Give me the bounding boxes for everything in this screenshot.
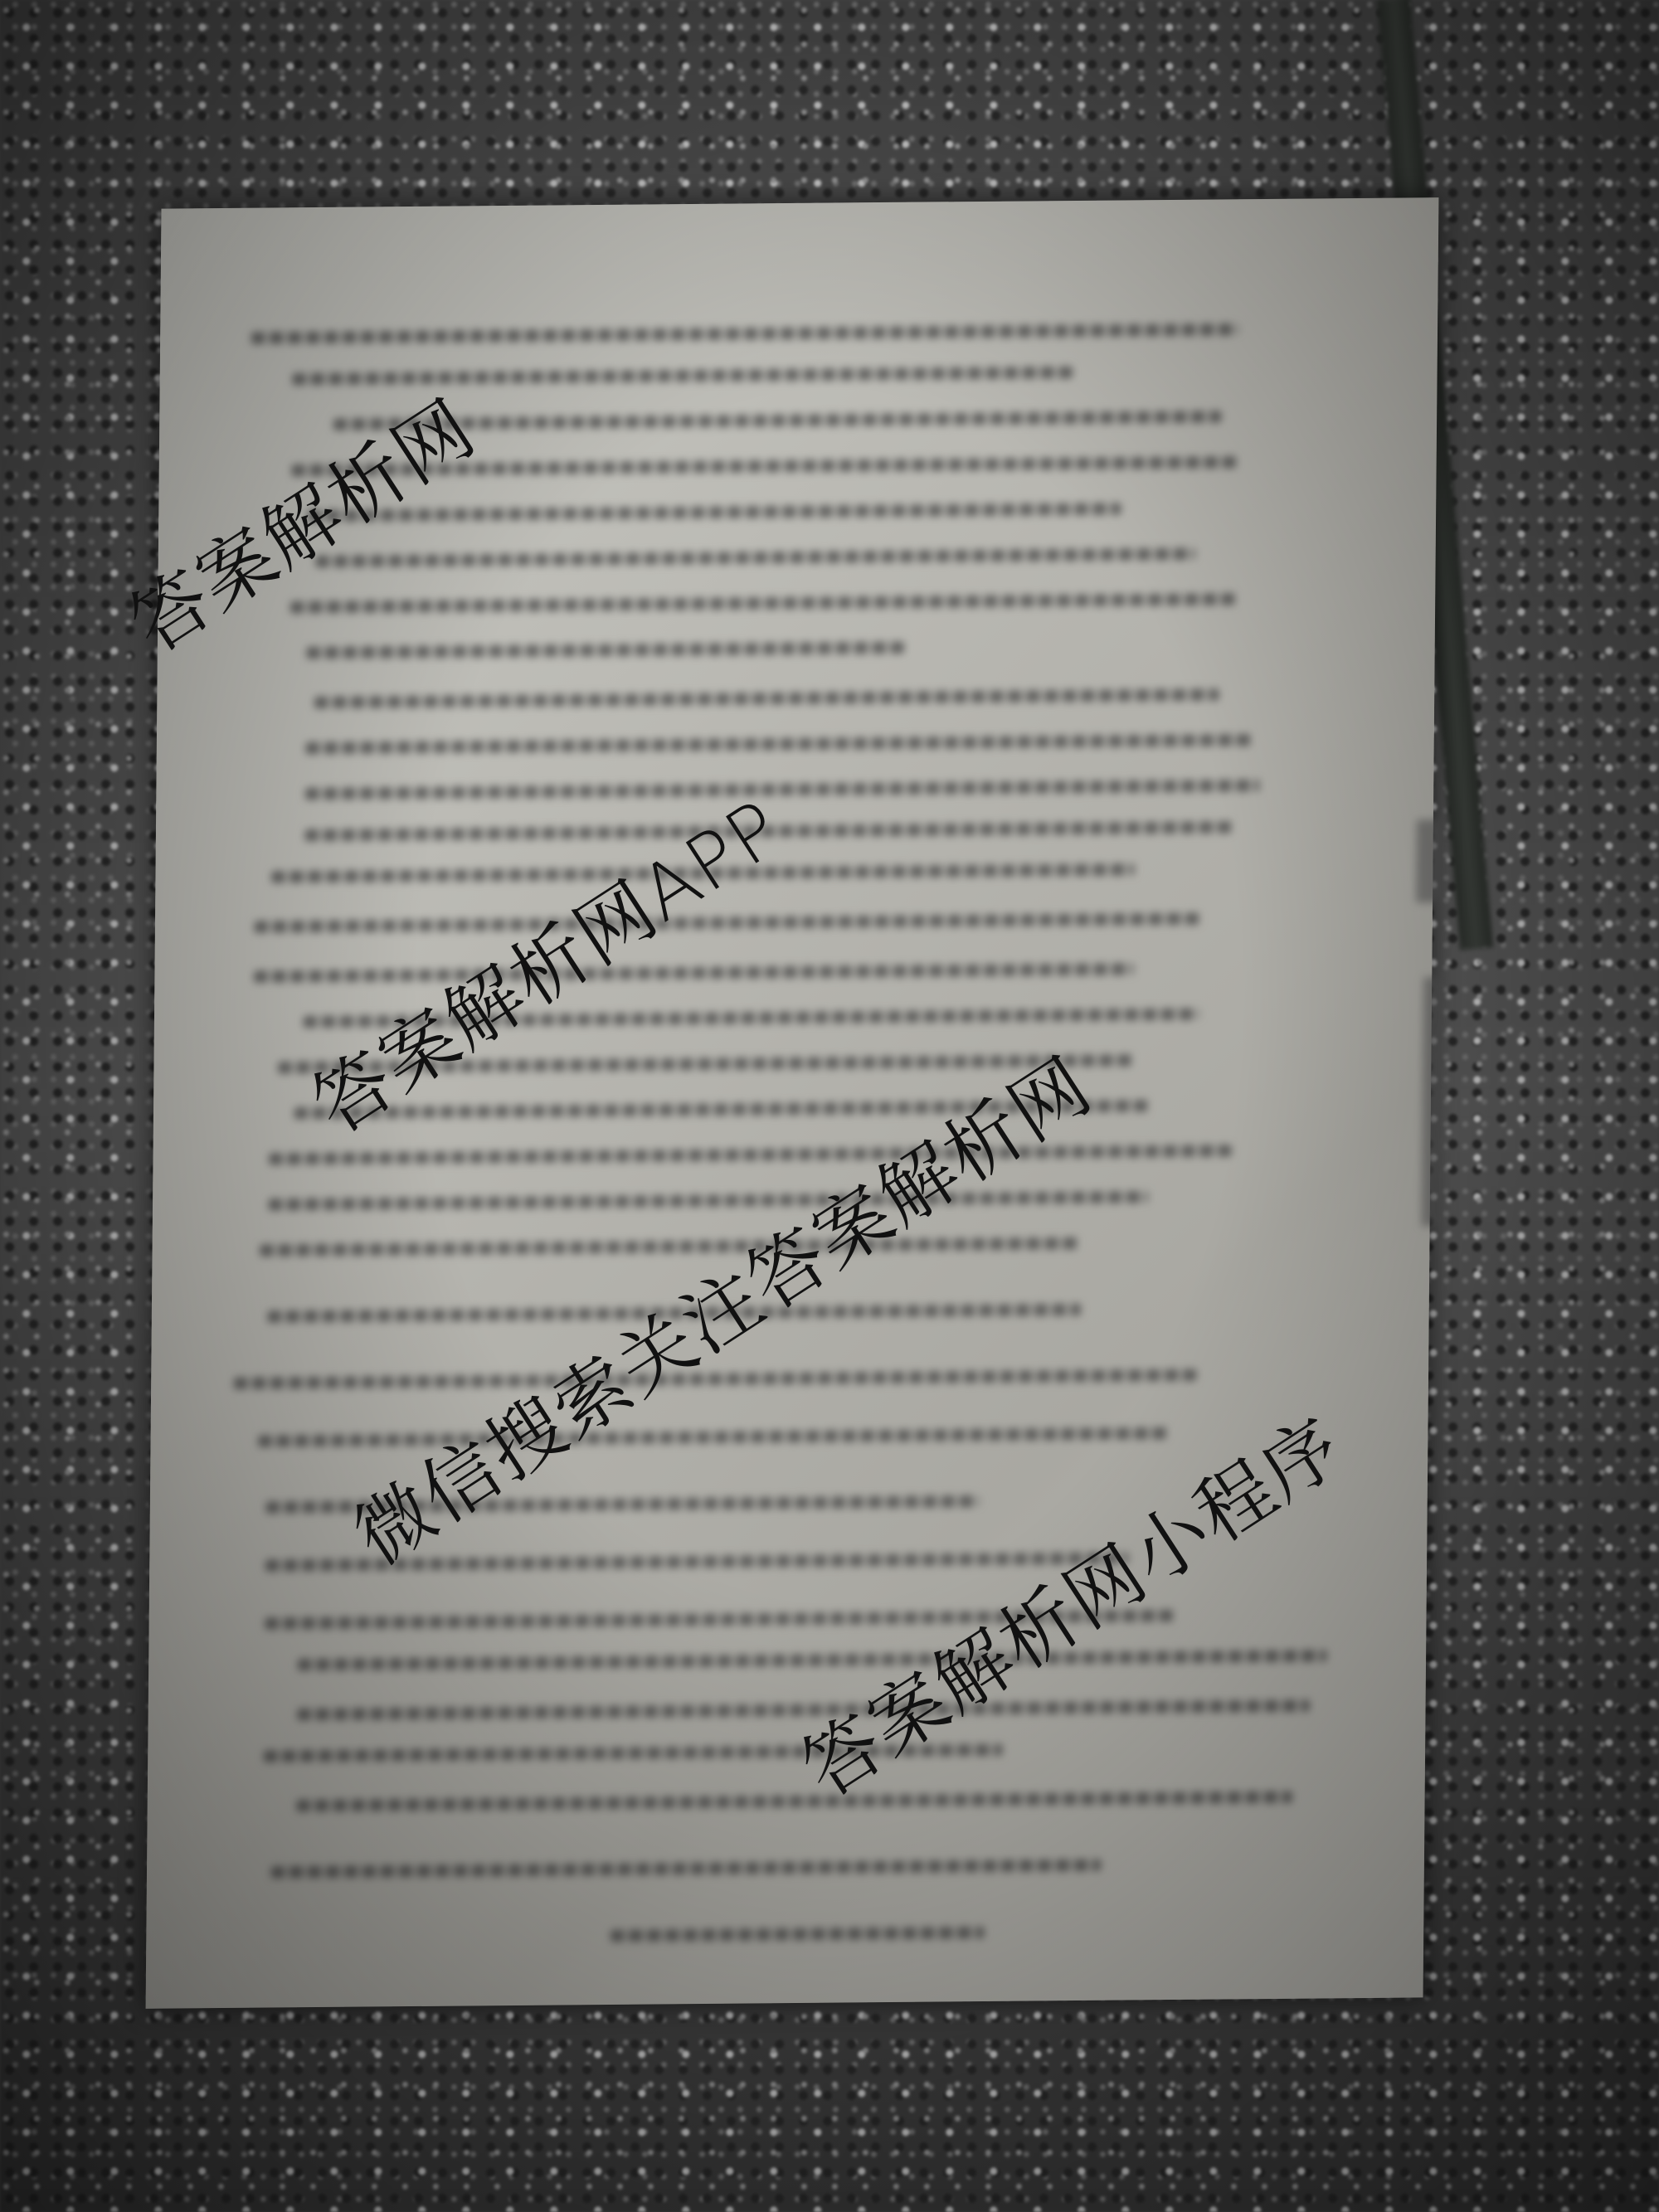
vignette-overlay bbox=[0, 0, 1659, 2212]
